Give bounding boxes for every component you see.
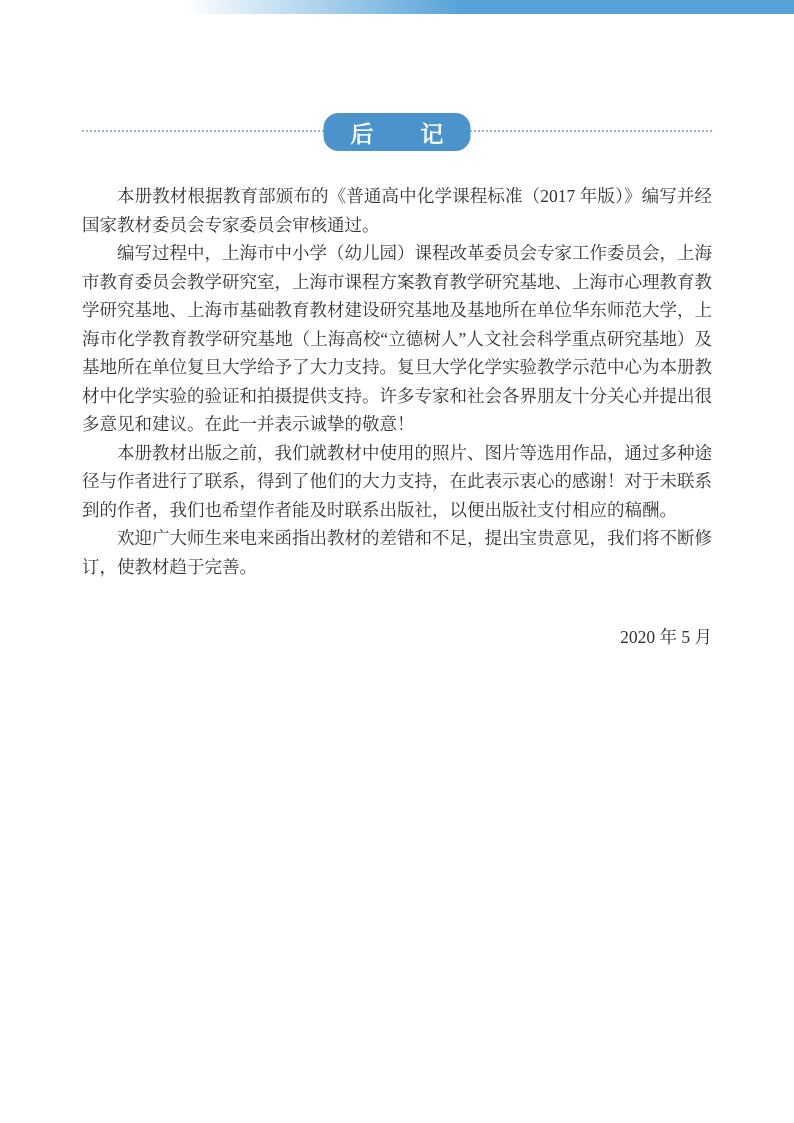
- section-header: 后 记: [82, 113, 712, 151]
- paragraph-2: 编写过程中，上海市中小学（幼儿园）课程改革委员会专家工作委员会，上海市教育委员会…: [82, 239, 712, 439]
- paragraph-1: 本册教材根据教育部颁布的《普通高中化学课程标准（2017 年版）》编写并经国家教…: [82, 182, 712, 239]
- top-gradient-bar: [185, 0, 794, 14]
- date-line: 2020 年 5 月: [82, 623, 712, 652]
- paragraph-4: 欢迎广大师生来电来函指出教材的差错和不足，提出宝贵意见，我们将不断修订，使教材趋…: [82, 524, 712, 581]
- title-char-left: 后: [351, 116, 374, 149]
- paragraph-3: 本册教材出版之前，我们就教材中使用的照片、图片等选用作品，通过多种途径与作者进行…: [82, 439, 712, 525]
- body-content: 本册教材根据教育部颁布的《普通高中化学课程标准（2017 年版）》编写并经国家教…: [82, 182, 712, 652]
- afterword-page: 后 记 本册教材根据教育部颁布的《普通高中化学课程标准（2017 年版）》编写并…: [0, 0, 794, 1123]
- title-char-right: 记: [421, 116, 444, 149]
- title-pill: 后 记: [324, 113, 471, 151]
